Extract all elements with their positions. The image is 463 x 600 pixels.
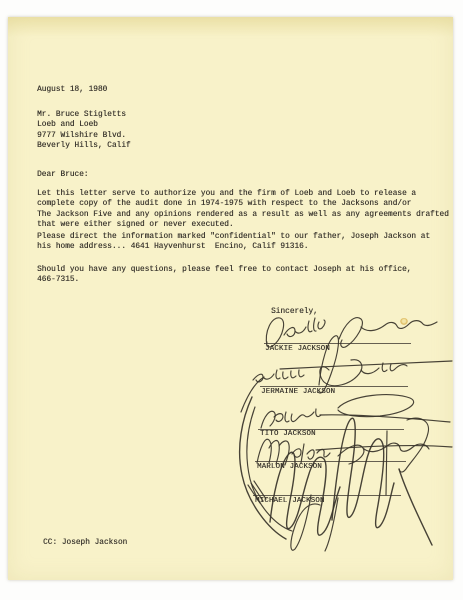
scanned-letter-page: August 18, 1980 Mr. Bruce Stigletts Loeb… [0, 0, 463, 600]
letter-paper: August 18, 1980 Mr. Bruce Stigletts Loeb… [8, 17, 453, 580]
signatory-name-michael: MICHAEL JACKSON [255, 497, 325, 505]
salutation: Dear Bruce: [37, 170, 88, 180]
recipient-address: Mr. Bruce Stigletts Loeb and Loeb 9777 W… [37, 110, 131, 151]
tito-jackson-signature [261, 409, 450, 428]
signature-line-michael [253, 495, 401, 496]
paper-stain-mark [400, 318, 408, 325]
cc-line: CC: Joseph Jackson [43, 538, 127, 548]
signature-line-marlon [255, 461, 406, 462]
signatory-name-jermaine: JERMAINE JACKSON [261, 388, 335, 396]
signatory-name-tito: TITO JACKSON [260, 430, 316, 438]
signature-line-jackie [264, 343, 411, 344]
signatory-name-marlon: MARLON JACKSON [257, 463, 322, 471]
body-paragraph-2: Please direct the information marked "co… [37, 232, 430, 253]
signature-line-jermaine [260, 386, 408, 387]
michael-jackson-signature [240, 395, 432, 551]
signatory-name-jackie: JACKIE JACKSON [265, 345, 330, 353]
body-paragraph-1: Let this letter serve to authorize you a… [37, 189, 449, 230]
body-paragraph-3: Should you have any questions, please fe… [37, 265, 411, 286]
closing-sincerely: Sincerely, [271, 307, 318, 317]
letter-date: August 18, 1980 [37, 85, 107, 95]
